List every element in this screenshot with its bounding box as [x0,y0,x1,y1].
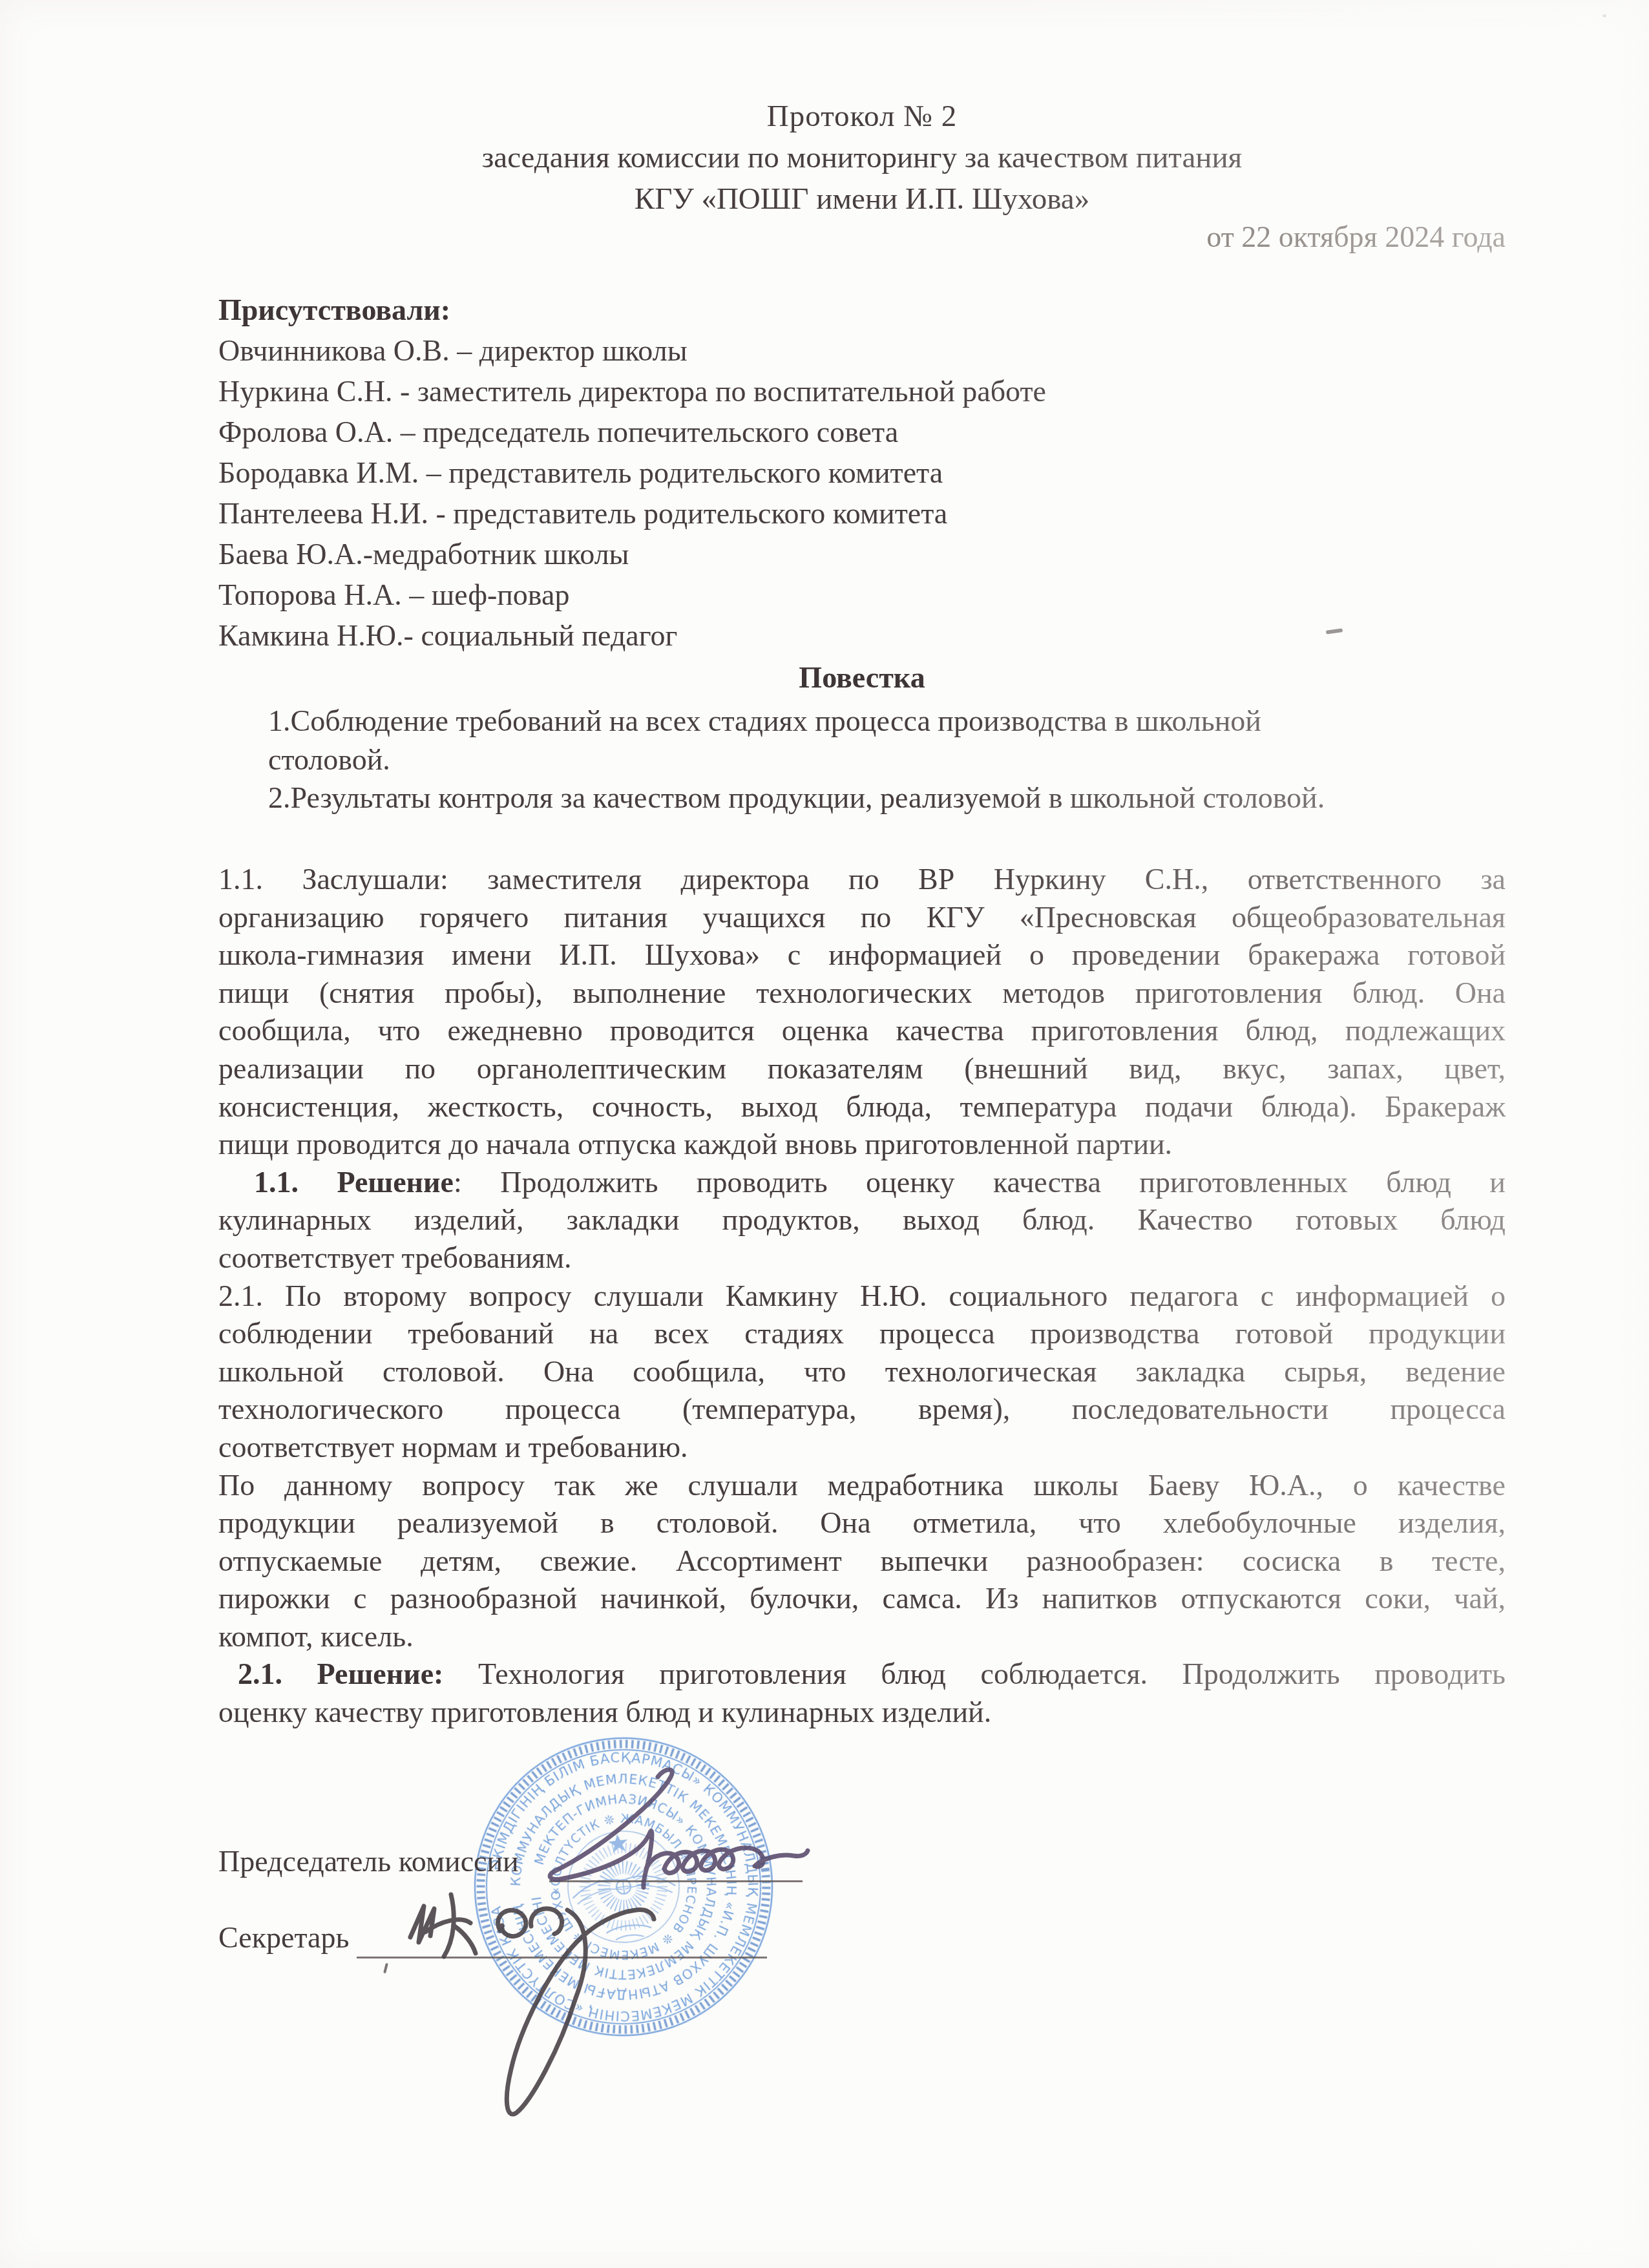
body-line: соответствует нормам и требованию. [218,1429,1506,1467]
secretary-label: Секретарь [218,1920,350,1955]
doc-subtitle-2: КГУ «ПОШГ имени И.П. Шухова» [218,178,1506,220]
document-page: Протокол № 2 заседания комиссии по монит… [0,0,1649,2268]
body-line: пирожки с разнообразной начинкой, булочк… [218,1580,1506,1618]
decision-text: : Продолжить проводить оценку качества п… [454,1166,1506,1199]
body-line: оценку качеству приготовления блюд и кул… [218,1694,1506,1732]
agenda-item: столовой. [268,740,1498,779]
decision-text: Технология приготовления блюд соблюдаетс… [443,1657,1506,1690]
doc-title: Протокол № 2 [218,96,1506,137]
decision-line: 2.1. Решение: Технология приготовления б… [218,1655,1506,1694]
body-line: 2.1. По второму вопросу слушали Камкину … [218,1277,1506,1316]
body-line: реализации по органолептическим показате… [218,1050,1506,1088]
body-line: компот, кисель. [218,1618,1506,1656]
secretary-signature [362,1861,698,2139]
body-line: По данному вопросу так же слушали медраб… [218,1467,1506,1505]
body-line: кулинарных изделий, закладки продуктов, … [218,1201,1506,1239]
attendee-row: Фролова О.А. – председатель попечительск… [218,412,1506,452]
body-line: технологического процесса (температура, … [218,1391,1506,1429]
agenda-heading: Повестка [218,659,1506,697]
body-line: школьной столовой. Она сообщила, что тех… [218,1353,1506,1391]
body-line: пищи (снятия пробы), выполнение технолог… [218,974,1506,1013]
attendee-row: Овчинникова О.В. – директор школы [218,330,1506,371]
attendee-row: Нуркина С.Н. - заместитель директора по … [218,371,1506,412]
body-line: 1.1. Заслушали: заместителя директора по… [218,861,1506,899]
decision-label: 1.1. Решение [254,1166,454,1199]
attendee-row: Топорова Н.А. – шеф-повар [218,574,1506,615]
body-line: соблюдении требований на всех стадиях пр… [218,1315,1506,1353]
attendees-section: Присутствовали: Овчинникова О.В. – дирек… [218,289,1506,656]
body-line: пищи проводится до начала отпуска каждой… [218,1126,1506,1164]
body-line: продукции реализуемой в столовой. Она от… [218,1504,1506,1542]
attendee-row: Бородавка И.М. – представитель родительс… [218,452,1506,493]
body-line: организацию горячего питания учащихся по… [218,899,1506,937]
agenda-item: 2.Результаты контроля за качеством проду… [268,779,1498,817]
decision-label: 2.1. Решение: [238,1657,443,1690]
attendee-row: Камкина Н.Ю.- социальный педагог [218,615,1506,656]
doc-date: от 22 октября 2024 года [218,218,1506,257]
agenda-list: 1.Соблюдение требований на всех стадиях … [268,702,1498,817]
doc-subtitle-1: заседания комиссии по мониторингу за кач… [218,137,1506,178]
body-line: соответствует требованиям. [218,1239,1506,1277]
attendee-row: Баева Ю.А.-медработник школы [218,534,1506,574]
decision-line: 1.1. Решение: Продолжить проводить оценк… [218,1164,1506,1202]
scan-mark [1602,14,1606,17]
attendees-heading: Присутствовали: [218,289,1506,330]
attendee-row: Пантелеева Н.И. - представитель родитель… [218,493,1506,534]
body-line: сообщила, что ежедневно проводится оценк… [218,1012,1506,1050]
body-line: школа-гимназия имени И.П. Шухова» с инфо… [218,936,1506,974]
body-text: 1.1. Заслушали: заместителя директора по… [218,861,1506,1732]
agenda-item: 1.Соблюдение требований на всех стадиях … [268,702,1498,740]
body-line: отпускаемые детям, свежие. Ассортимент в… [218,1542,1506,1580]
document-header: Протокол № 2 заседания комиссии по монит… [218,96,1506,220]
body-line: консистенция, жесткость, сочность, выход… [218,1088,1506,1126]
